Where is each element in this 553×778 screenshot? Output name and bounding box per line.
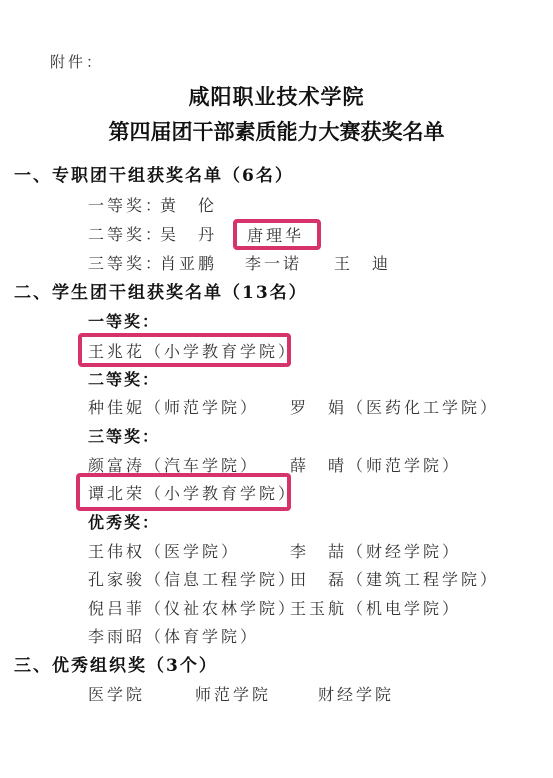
award-label: 二等奖： [88,227,164,243]
award-label: 一等奖： [88,314,160,330]
award-label: 二等奖： [88,372,160,388]
winner-name: 吴 丹 [160,227,217,243]
winner-entry: 王伟权（医学院） [88,544,240,560]
highlight-box: 谭北荣（小学教育学院） [76,473,291,511]
organization-name: 师范学院 [195,687,271,703]
organization-name: 财经学院 [318,687,394,703]
winner-name: 黄 伦 [160,198,217,214]
highlight-box: 王兆花（小学教育学院） [78,333,291,367]
award-label: 三等奖： [88,256,164,272]
document-title: 咸阳职业技术学院 [0,86,553,107]
winner-entry: 倪吕菲（仪祉农林学院） [88,601,297,617]
winner-entry-highlighted: 谭北荣（小学教育学院） [88,486,297,502]
winner-name: 肖亚鹏 [160,256,217,272]
organization-name: 医学院 [88,687,145,703]
winner-entry: 田 磊（建筑工程学院） [290,572,499,588]
winner-entry-highlighted: 王兆花（小学教育学院） [88,344,297,360]
winner-name: 王 迪 [334,256,391,272]
award-label: 一等奖： [88,198,164,214]
winner-entry: 种佳妮（师范学院） [88,400,259,416]
winner-entry: 薛 晴（师范学院） [290,458,461,474]
section-heading-organization: 三、优秀组织奖（3个） [14,658,218,675]
award-label: 三等奖： [88,429,160,445]
winner-name: 李一诺 [245,256,302,272]
attachment-label: 附件： [50,55,104,70]
winner-entry: 李雨昭（体育学院） [88,629,259,645]
winner-entry: 王玉航（机电学院） [290,601,461,617]
winner-entry: 颜富涛（汽车学院） [88,458,259,474]
highlight-box: 唐理华 [233,219,321,250]
section-heading-full-time: 一、专职团干组获奖名单（6名） [14,168,294,185]
winner-entry: 孔家骏（信息工程学院） [88,572,297,588]
winner-entry: 李 喆（财经学院） [290,544,461,560]
winner-name-highlighted: 唐理华 [247,228,304,244]
section-heading-student: 二、学生团干组获奖名单（13名） [14,285,308,302]
award-label: 优秀奖： [88,515,160,531]
document-subtitle: 第四届团干部素质能力大赛获奖名单 [0,121,553,142]
winner-entry: 罗 娟（医药化工学院） [290,400,499,416]
